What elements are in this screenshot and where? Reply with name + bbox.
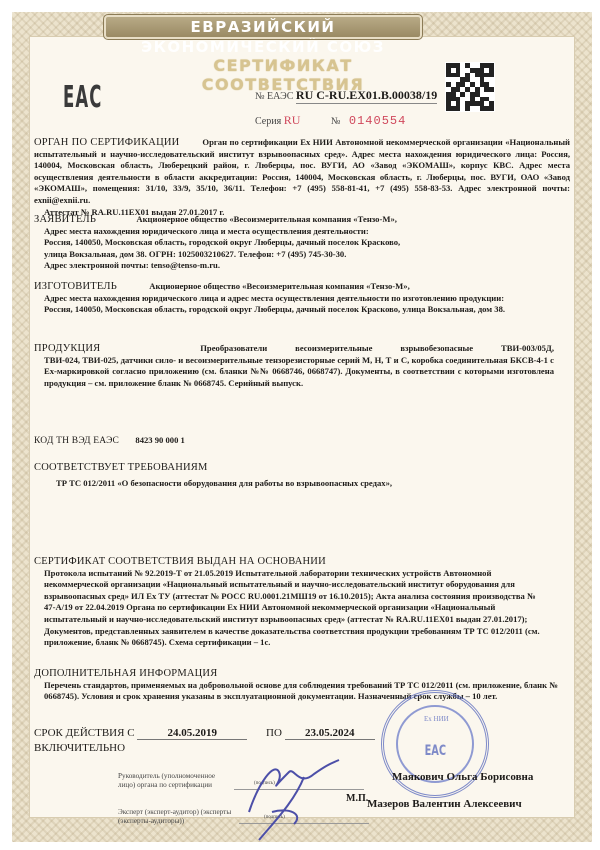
seal-label: М.П. — [346, 793, 368, 804]
applicant-heading: ЗАЯВИТЕЛЬ — [34, 214, 96, 225]
registration-number: № ЕАЭС RU C-RU.EX01.B.00038/19 — [255, 88, 437, 103]
certification-body-heading: ОРГАН ПО СЕРТИФИКАЦИИ — [34, 137, 179, 148]
product-section: ПРОДУКЦИЯ Преобразователи весоизмеритель… — [34, 343, 554, 389]
expert-label: Эксперт (эксперт-аудитор) (эксперты (экс… — [118, 808, 248, 826]
basis-section: СЕРТИФИКАТ СООТВЕТСТВИЯ ВЫДАН НА ОСНОВАН… — [34, 556, 544, 649]
manufacturer-heading: ИЗГОТОВИТЕЛЬ — [34, 281, 117, 292]
basis-text: Протокола испытаний № 92.2019-Т от 21.05… — [34, 568, 544, 649]
stamp-text: Ex НИИ — [424, 715, 449, 723]
validity-from-date: 24.05.2019 — [137, 727, 247, 740]
product-first-line: Преобразователи весоизмерительные взрыво… — [200, 343, 554, 353]
validity-to-label: ПО — [266, 727, 282, 739]
certification-body-section: ОРГАН ПО СЕРТИФИКАЦИИ Орган по сертифика… — [34, 137, 570, 218]
basis-heading: СЕРТИФИКАТ СООТВЕТСТВИЯ ВЫДАН НА ОСНОВАН… — [34, 556, 544, 568]
registration-label: № ЕАЭС — [255, 91, 293, 102]
signature-area: СРОК ДЕЙСТВИЯ С 24.05.2019 ПО 23.05.2024… — [34, 727, 570, 837]
qr-module — [489, 106, 494, 111]
manufacturer-text: Адрес места нахождения юридического лица… — [34, 293, 534, 316]
product-heading: ПРОДУКЦИЯ — [34, 343, 100, 354]
applicant-name: Акционерное общество «Весоизмерительная … — [136, 214, 397, 224]
additional-info-text: Перечень стандартов, применяемых на добр… — [34, 680, 564, 703]
series-label: Серия — [255, 116, 281, 127]
applicant-address: Россия, 140050, Московская область, горо… — [34, 237, 570, 249]
requirements-text: ТР ТС 012/2011 «О безопасности оборудова… — [34, 478, 570, 490]
hs-code-section: КОД ТН ВЭД ЕАЭС 8423 90 000 1 — [34, 435, 570, 448]
applicant-section: ЗАЯВИТЕЛЬ Акционерное общество «Весоизме… — [34, 214, 570, 272]
series-value: RU — [284, 113, 301, 127]
manufacturer-name: Акционерное общество «Весоизмерительная … — [149, 281, 410, 291]
validity-line: СРОК ДЕЙСТВИЯ С 24.05.2019 ПО 23.05.2024 — [34, 727, 570, 740]
manufacturer-section: ИЗГОТОВИТЕЛЬ Акционерное общество «Весои… — [34, 281, 570, 316]
series-line: Серия RU № 0140554 — [255, 113, 406, 128]
requirements-section: СООТВЕТСТВУЕТ ТРЕБОВАНИЯМ ТР ТС 012/2011… — [34, 462, 570, 489]
requirements-heading: СООТВЕТСТВУЕТ ТРЕБОВАНИЯМ — [34, 462, 570, 474]
head-signatory-name: Маякович Ольга Борисовна — [392, 771, 533, 783]
additional-info-section: ДОПОЛНИТЕЛЬНАЯ ИНФОРМАЦИЯ Перечень станд… — [34, 668, 564, 703]
signature-stroke — [249, 760, 339, 840]
head-signatory-label: Руководитель (уполномоченное лицо) орган… — [118, 772, 228, 790]
validity-to-date: 23.05.2024 — [285, 727, 375, 740]
eac-logo-icon: ЕАС — [63, 80, 102, 115]
qr-code-icon — [445, 62, 495, 112]
validity-from-label: СРОК ДЕЙСТВИЯ С — [34, 727, 135, 739]
expert-name: Мазеров Валентин Алексеевич — [367, 798, 522, 810]
applicant-address-heading: Адрес места нахождения юридического лица… — [34, 226, 570, 238]
hs-code-value: 8423 90 000 1 — [135, 435, 184, 445]
blank-label: № — [331, 116, 341, 127]
registration-value: RU C-RU.EX01.B.00038/19 — [296, 88, 437, 104]
applicant-address-2: улица Вокзальная, дом 38. ОГРН: 10250032… — [34, 249, 570, 261]
blank-number: 0140554 — [349, 114, 406, 128]
hs-code-label: КОД ТН ВЭД ЕАЭС — [34, 436, 119, 446]
union-title-band: ЕВРАЗИЙСКИЙ ЭКОНОМИЧЕСКИЙ СОЮЗ — [104, 15, 422, 39]
additional-info-heading: ДОПОЛНИТЕЛЬНАЯ ИНФОРМАЦИЯ — [34, 668, 564, 680]
product-text: ТВИ-024, ТВИ-025, датчики сило- и весоиз… — [34, 355, 554, 390]
applicant-email: Адрес электронной почты: tenso@tenso-m.r… — [34, 260, 570, 272]
signature-icon — [234, 752, 344, 842]
